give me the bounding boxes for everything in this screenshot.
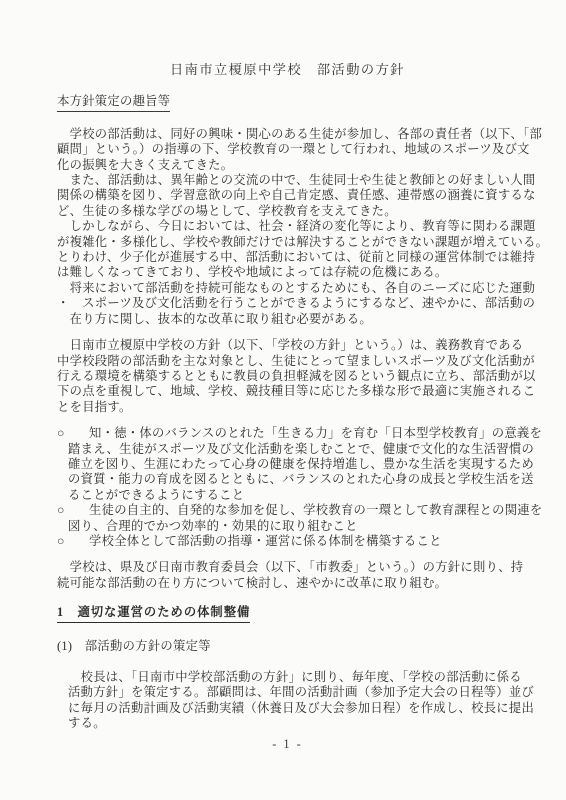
school-policy-paragraph: 日南市立榎原中学校の方針（以下、「学校の方針」という。）は、義務教育である 中学… [57, 338, 518, 415]
policy-bullet-list: ○ 知・徳・体のバランスのとれた「生きる力」を育む「日本型学校教育」の意義を 踏… [57, 426, 518, 549]
subsection-1-paragraph: 校長は、「日南市中学校部活動の方針」に則り、毎年度、「学校の部活動に係る 活動方… [68, 670, 518, 732]
page-number: - 1 - [57, 737, 518, 752]
paragraph: また、部活動は、異年齢との交流の中で、生徒同士や生徒と教師との好ましい人間 関係… [57, 173, 518, 219]
paragraph: 学校の部活動は、同好の興味・関心のある生徒が参加し、各部の責任者（以下、「部 顧… [57, 127, 518, 173]
document-page: 日南市立榎原中学校 部活動の方針 本方針策定の趣旨等 学校の部活動は、同好の興味… [0, 0, 566, 800]
section1-heading: 1 適切な運営のための体制整備 [57, 605, 250, 622]
page-content: 日南市立榎原中学校 部活動の方針 本方針策定の趣旨等 学校の部活動は、同好の興味… [0, 0, 566, 800]
circle-bullet-icon: ○ [57, 503, 65, 518]
intro-section-heading: 本方針策定の趣旨等 [57, 94, 170, 111]
circle-bullet-icon: ○ [57, 534, 65, 549]
subsection-1-label: (1) 部活動の方針の策定等 [57, 639, 518, 654]
bullet-text: 生徒の自主的、自発的な参加を促し、学校教育の一環として教育課程との関連を 図り、… [68, 503, 518, 534]
bullet-text: 学校全体として部活動の指導・運営に係る体制を構築すること [68, 534, 518, 549]
bullet-item: ○ 生徒の自主的、自発的な参加を促し、学校教育の一環として教育課程との関連を 図… [57, 503, 518, 534]
bullet-item: ○ 学校全体として部活動の指導・運営に係る体制を構築すること [57, 534, 518, 549]
paragraph: しかしながら、今日においては、社会・経済の変化等により、教育等に関わる課題 が複… [57, 219, 518, 281]
bullet-text: 知・徳・体のバランスのとれた「生きる力」を育む「日本型学校教育」の意義を 踏まえ… [68, 426, 518, 503]
section1-heading-row: 1 適切な運営のための体制整備 [57, 605, 518, 622]
intro-heading-row: 本方針策定の趣旨等 [57, 94, 518, 111]
paragraph: 将来において部活動を持続可能なものとするためにも、各自のニーズに応じた運動 ・ … [57, 281, 518, 327]
closing-paragraph: 学校は、県及び日南市教育委員会（以下、「市教委」という。）の方針に則り、持 続可… [57, 560, 518, 591]
circle-bullet-icon: ○ [57, 426, 65, 441]
bullet-item: ○ 知・徳・体のバランスのとれた「生きる力」を育む「日本型学校教育」の意義を 踏… [57, 426, 518, 503]
intro-paragraphs: 学校の部活動は、同好の興味・関心のある生徒が参加し、各部の責任者（以下、「部 顧… [57, 127, 518, 327]
document-title: 日南市立榎原中学校 部活動の方針 [57, 62, 518, 77]
